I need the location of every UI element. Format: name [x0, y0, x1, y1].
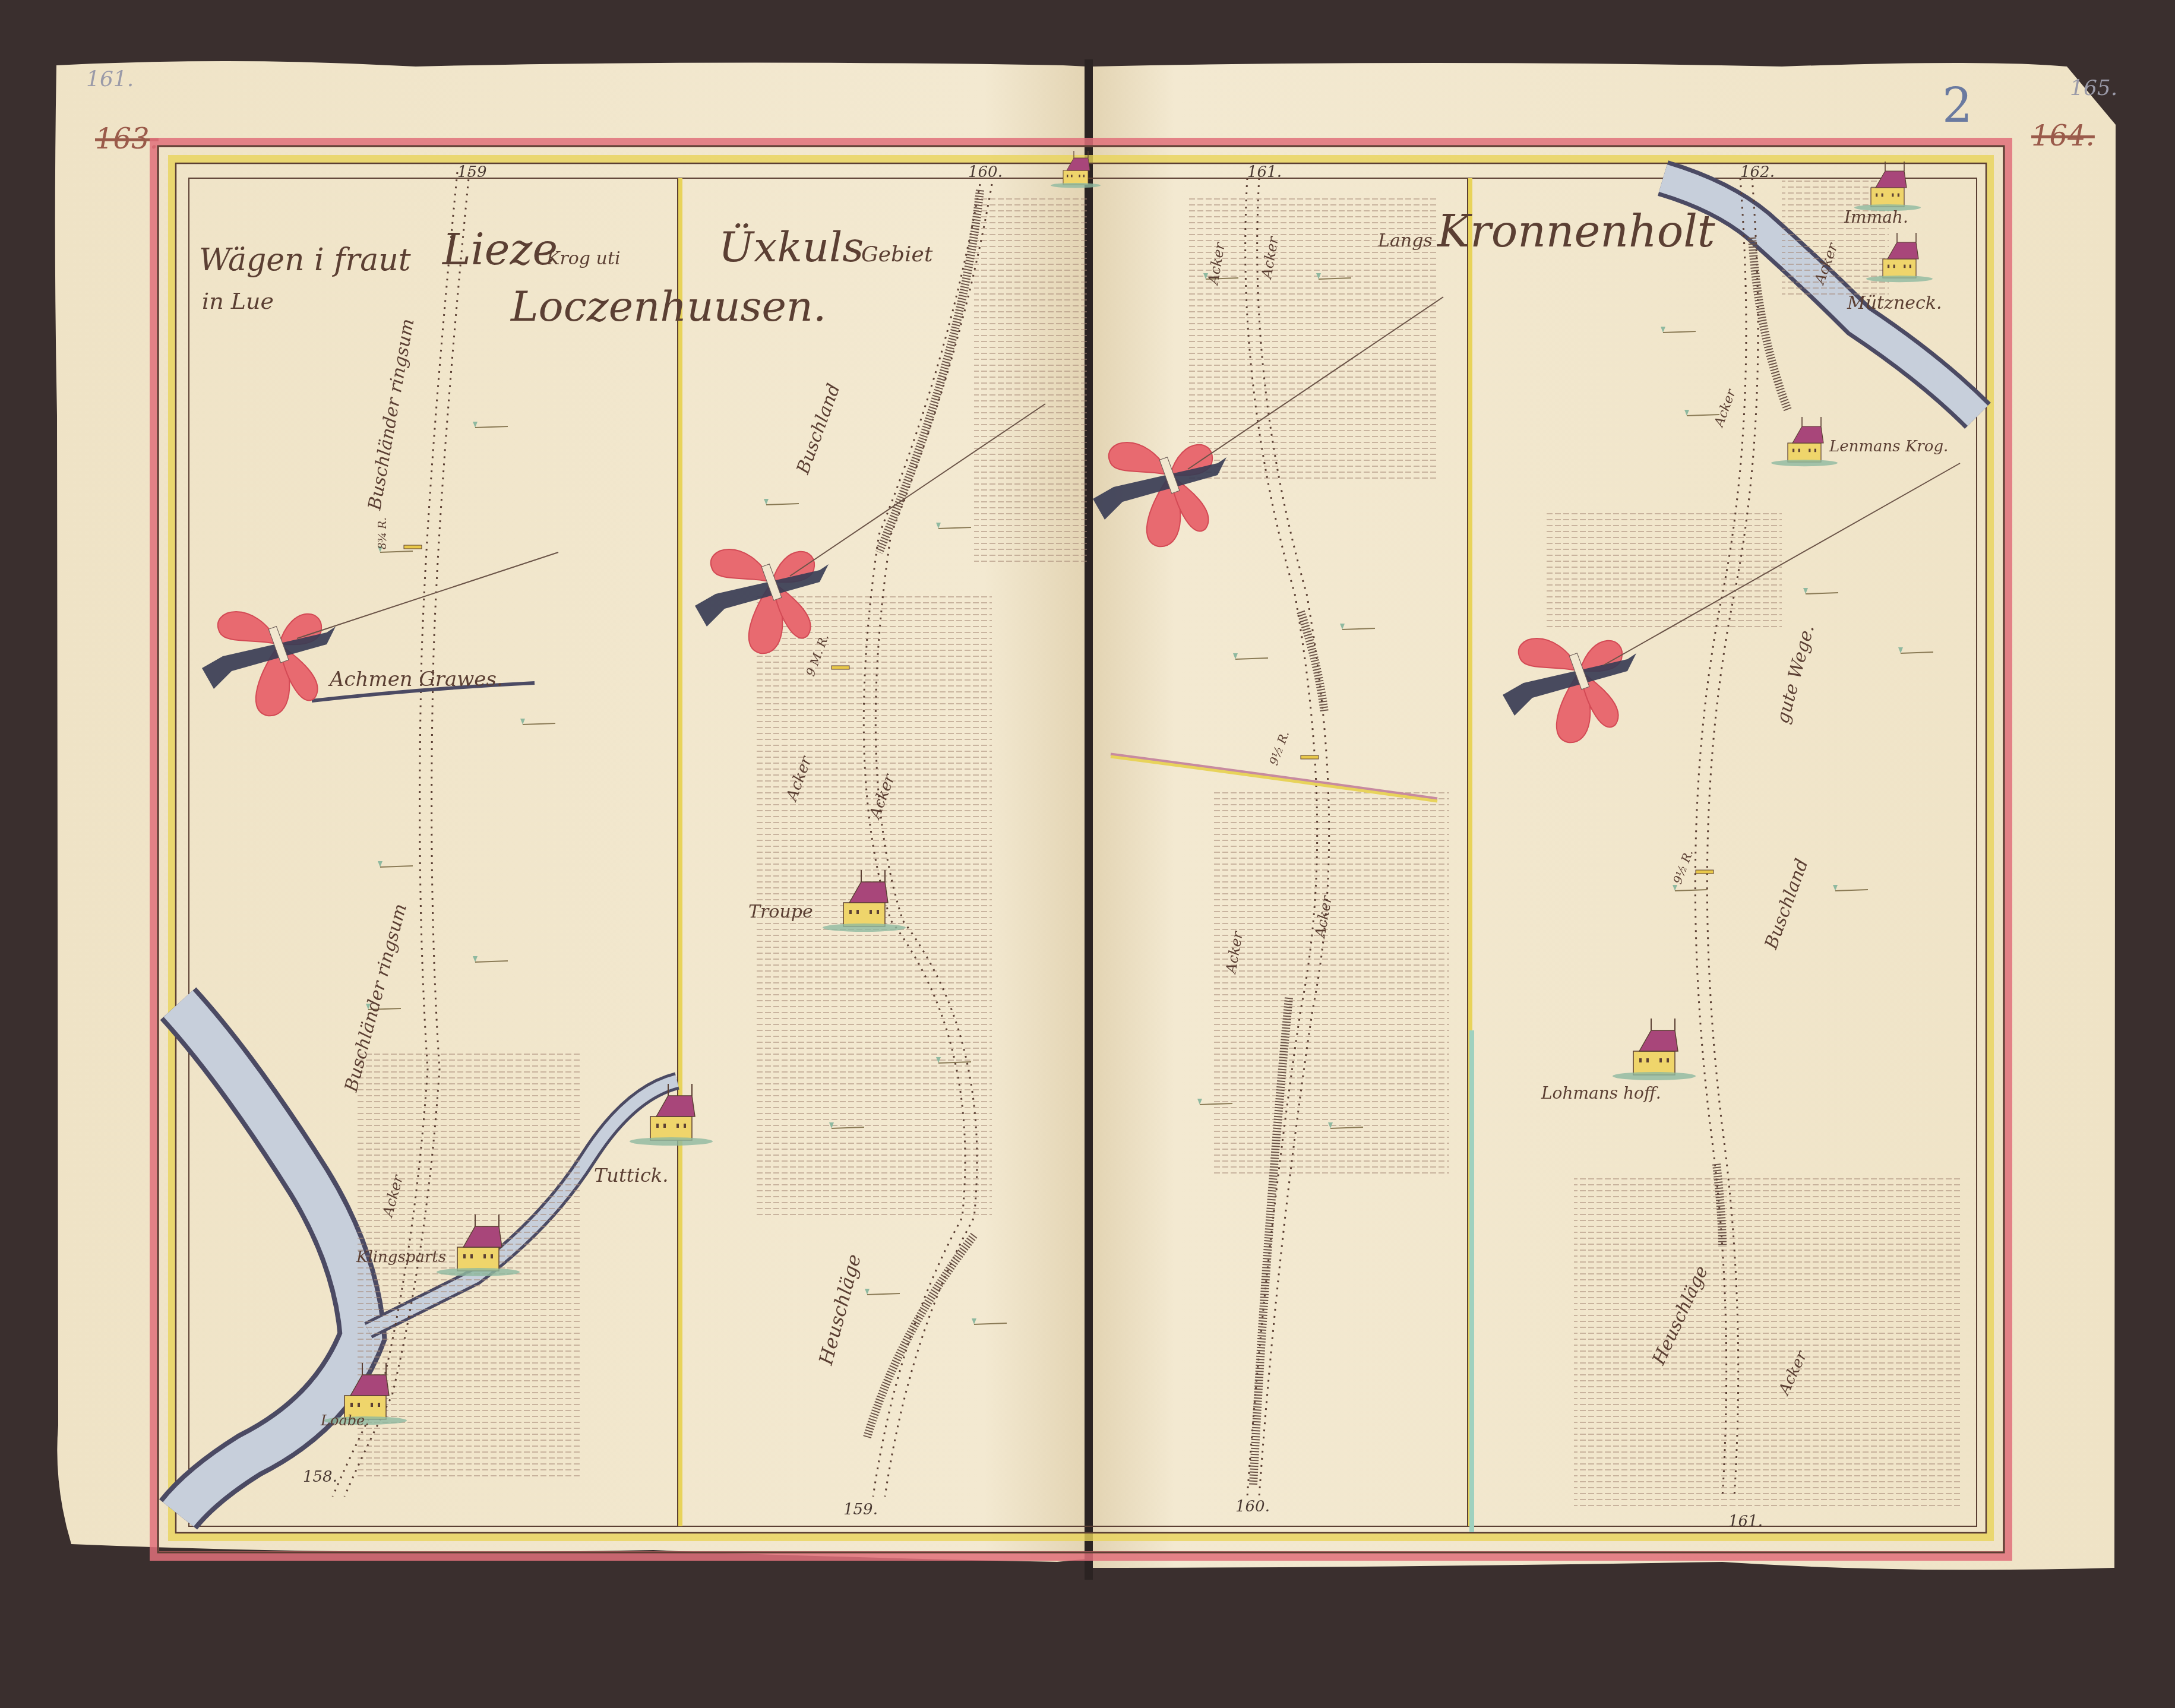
- verst-bottom-158: 158.: [303, 1468, 337, 1486]
- place-lenmans-krog: Lenmans Krog.: [1829, 438, 1948, 456]
- verst-bottom-161: 161.: [1728, 1513, 1763, 1530]
- page-number-left-ink: 163.: [95, 122, 159, 156]
- svg-text:8¾ R.: 8¾ R.: [377, 517, 389, 549]
- label-lieze: Lieze: [441, 224, 558, 274]
- page-number-right-pencil: 165.: [2070, 76, 2117, 100]
- label-kronnenholt: Kronnenholt: [1436, 206, 1715, 257]
- verst-bottom-159: 159.: [843, 1501, 878, 1519]
- map-spread: 161. 163. 2 165. 164.: [0, 0, 2175, 1708]
- label-in-lue: in Lue: [202, 288, 274, 314]
- place-immah: Immah.: [1844, 207, 1908, 227]
- verst-top-162: 162.: [1740, 163, 1775, 181]
- verst-bottom-160: 160.: [1235, 1498, 1270, 1516]
- place-mutzneck: Mützneck.: [1847, 293, 1942, 314]
- label-gebiet: Gebiet: [861, 242, 933, 267]
- place-achmen-grawes: Achmen Grawes.: [328, 668, 503, 691]
- place-loabe: Loabe.: [320, 1412, 369, 1429]
- place-tuttick: Tuttick.: [594, 1164, 668, 1187]
- page-number-right-ink: 164.: [2031, 119, 2095, 153]
- place-troupe: Troupe: [748, 902, 813, 922]
- verst-top-159: 159: [457, 163, 487, 181]
- place-klingsparts: Klingsparts: [356, 1248, 446, 1266]
- verst-top-160: 160.: [968, 163, 1003, 181]
- place-lohmans-hoff: Lohmans hoff.: [1541, 1083, 1661, 1103]
- page-number-right-pencil-big: 2: [1942, 78, 1972, 133]
- label-langs: Langs: [1377, 230, 1433, 251]
- label-uxkuls: Üxkuls: [719, 223, 864, 271]
- verst-top-161: 161.: [1247, 163, 1282, 181]
- label-wagen: Wägen i fraut: [199, 242, 411, 278]
- page-number-left-pencil: 161.: [86, 67, 134, 91]
- label-krog-uti: Krog uti: [546, 248, 621, 269]
- label-loczenhuusen: Loczenhuusen.: [510, 282, 826, 331]
